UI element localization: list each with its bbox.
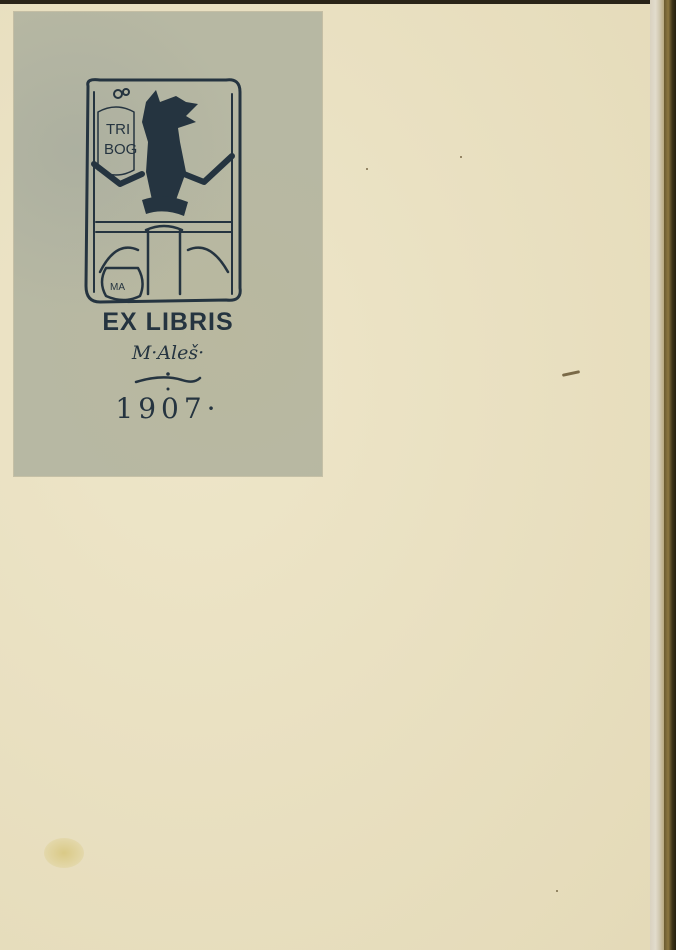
page-edge [650,0,664,950]
page-speck [562,370,580,377]
banner-text-bog: BOG [104,141,137,158]
book-spine-edge [664,0,676,950]
page-speck [366,168,368,170]
bookplate-year: 1907· [14,392,322,425]
flourish-ornament [132,370,204,392]
page-stain [44,838,84,868]
banner-text-tri: TRI [106,121,130,138]
page-speck [460,156,462,158]
bookplate-illustration: TRI BOG MA [76,72,250,308]
bookplate: TRI BOG MA EX LIBRIS M·Aleš· 1907· [14,12,322,476]
owner-name: M·Aleš· [14,342,322,364]
page-top-shadow [0,0,650,4]
ex-libris-title: EX LIBRIS [14,308,322,337]
page-speck [556,890,558,892]
book-page: TRI BOG MA EX LIBRIS M·Aleš· 1907· [0,0,650,950]
monogram: MA [110,282,125,293]
